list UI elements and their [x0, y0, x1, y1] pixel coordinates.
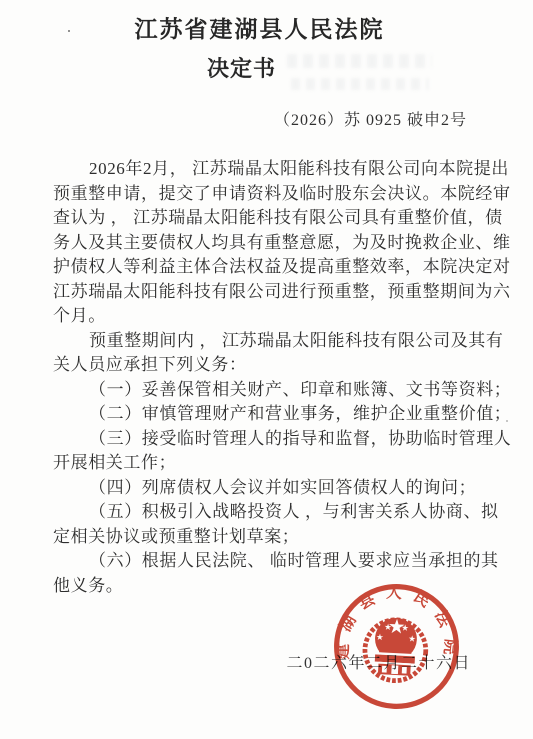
body-line: 个月。	[53, 304, 483, 329]
body-line: 开展相关工作；	[53, 451, 483, 476]
body-line: （四）列席债权人会议并如实回答债权人的询问；	[53, 476, 483, 501]
national-emblem-icon: ★ ★ ★ ★ ★	[363, 613, 427, 683]
emblem-small-star-icon: ★	[408, 634, 417, 644]
document-title: 决定书	[0, 52, 508, 83]
body-line: 务人及其主要债权人均具有重整意愿，为及时挽救企业、维	[53, 231, 483, 256]
body-line: （六）根据人民法院、 临时管理人要求应当承担的其	[53, 549, 483, 574]
court-seal: ★ ★ ★ ★ ★ 建湖县人民法院	[327, 577, 467, 717]
body-line: （五）积极引入战略投资人 ，与利害关系人协商、拟	[53, 500, 483, 525]
body-line: 江苏瑞晶太阳能科技有限公司进行预重整，预重整期间为六	[53, 280, 483, 305]
body-line: （一）妥善保管相关财产、印章和账簿、文书等资料；	[53, 378, 483, 403]
body-line: 预重整申请，提交了申请资料及临时股东会决议。本院经审	[53, 182, 483, 207]
body-line: （三）接受临时管理人的指导和监督，协助临时管理人	[53, 427, 483, 452]
document-body: 2026年2月， 江苏瑞晶太阳能科技有限公司向本院提出预重整申请，提交了申请资料…	[53, 157, 483, 598]
emblem-small-star-icon: ★	[384, 623, 393, 633]
body-line: （二）审慎管理财产和营业事务，维护企业重整价值；	[53, 402, 483, 427]
body-line: 预重整期间内 ， 江苏瑞晶太阳能科技有限公司及其有	[53, 329, 483, 354]
emblem-small-star-icon: ★	[376, 633, 385, 643]
scan-speck	[238, 333, 240, 335]
scan-speck	[506, 420, 508, 422]
scanned-court-document: 江苏省建湖县人民法院 决定书 （2026）苏 0925 破申2号 2026年2月…	[0, 0, 533, 739]
case-number: （2026）苏 0925 破申2号	[274, 107, 467, 130]
body-line: 定相关协议或预重整计划草案；	[53, 525, 483, 550]
scan-speck	[68, 30, 70, 32]
body-line: 护债权人等利益主体合法权益及提高重整效率，本院决定对	[53, 255, 483, 280]
body-line: 关人员应承担下列义务：	[53, 353, 483, 378]
court-name-heading: 江苏省建湖县人民法院	[0, 11, 526, 44]
emblem-small-star-icon: ★	[401, 624, 410, 634]
body-line: 2026年2月， 江苏瑞晶太阳能科技有限公司向本院提出	[53, 157, 483, 182]
body-line: 查认为 ， 江苏瑞晶太阳能科技有限公司具有重整价值，债	[53, 206, 483, 231]
